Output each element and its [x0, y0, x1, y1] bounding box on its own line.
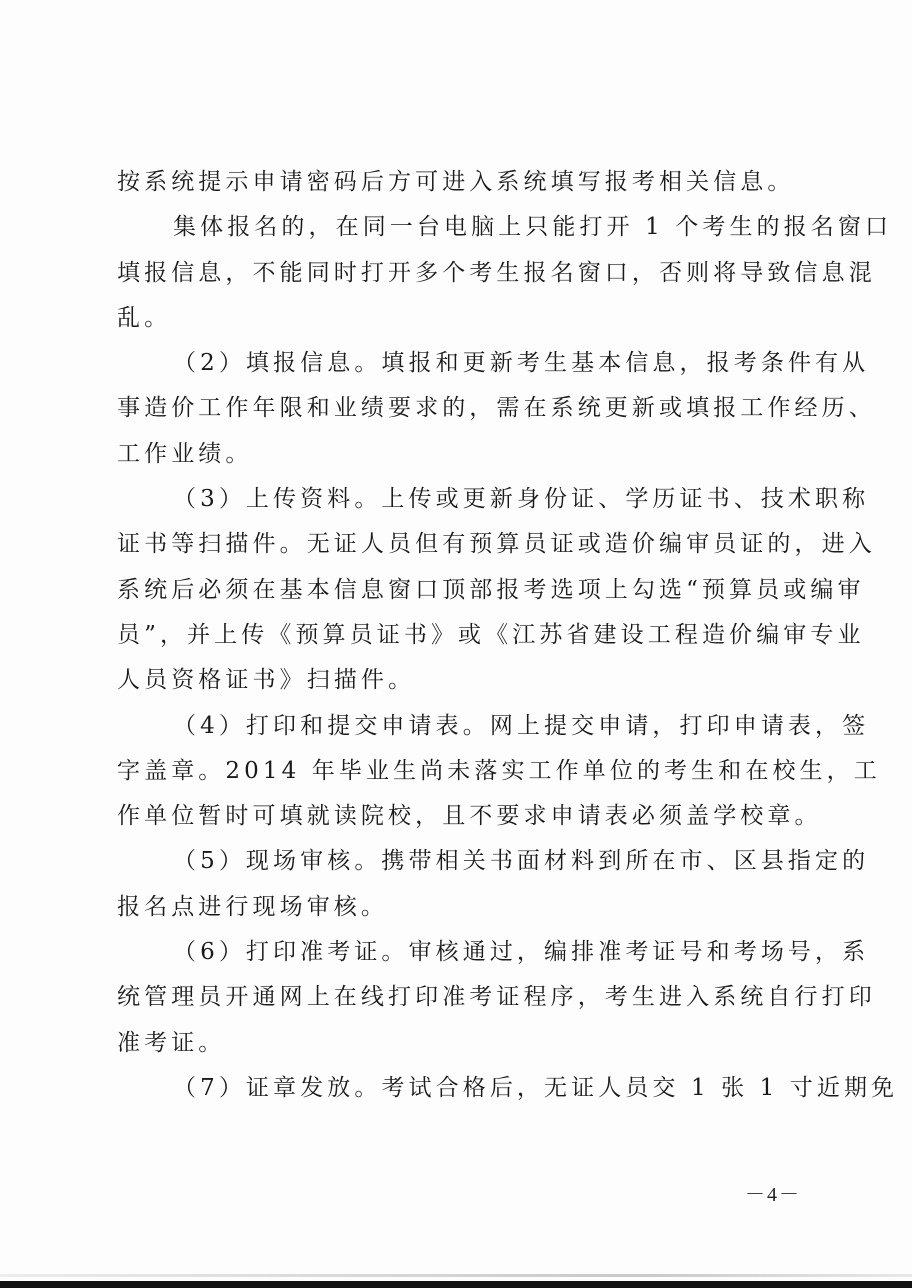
- text-line: 集体报名的，在同一台电脑上只能打开 1 个考生的报名窗口: [117, 205, 793, 250]
- text-line: 作单位暂时可填就读院校，且不要求申请表必须盖学校章。: [117, 794, 793, 839]
- text-line: 准考证。: [117, 1021, 793, 1066]
- text-line-step-5-heading: （5）现场审核。携带相关书面材料到所在市、区县指定的: [117, 839, 793, 884]
- text-line: 工作业绩。: [117, 432, 793, 477]
- text-line: 乱。: [117, 296, 793, 341]
- document-body: 按系统提示申请密码后方可进入系统填写报考相关信息。 集体报名的，在同一台电脑上只…: [117, 160, 793, 1111]
- scan-edge-shadow: [0, 1274, 912, 1277]
- text-line: 证书等扫描件。无证人员但有预算员证或造价编审员证的，进入: [117, 522, 793, 567]
- text-line-step-7-heading: （7）证章发放。考试合格后，无证人员交 1 张 1 寸近期免: [117, 1066, 793, 1111]
- text-line: 员”，并上传《预算员证书》或《江苏省建设工程造价编审专业: [117, 613, 793, 658]
- text-line: 统管理员开通网上在线打印准考证程序，考生进入系统自行打印: [117, 975, 793, 1020]
- document-page: 按系统提示申请密码后方可进入系统填写报考相关信息。 集体报名的，在同一台电脑上只…: [0, 0, 912, 1288]
- text-line: 字盖章。2014 年毕业生尚未落实工作单位的考生和在校生，工: [117, 749, 793, 794]
- text-line-step-4-heading: （4）打印和提交申请表。网上提交申请，打印申请表，签: [117, 704, 793, 749]
- page-number: －4－: [745, 1178, 801, 1207]
- text-line: 事造价工作年限和业绩要求的，需在系统更新或填报工作经历、: [117, 386, 793, 431]
- text-line-step-3-heading: （3）上传资料。上传或更新身份证、学历证书、技术职称: [117, 477, 793, 522]
- text-line: 填报信息，不能同时打开多个考生报名窗口，否则将导致信息混: [117, 251, 793, 296]
- scan-bottom-border: [0, 1281, 912, 1288]
- text-line-step-2-heading: （2）填报信息。填报和更新考生基本信息，报考条件有从: [117, 341, 793, 386]
- text-line: 系统后必须在基本信息窗口顶部报考选项上勾选“预算员或编审: [117, 568, 793, 613]
- text-line-step-6-heading: （6）打印准考证。审核通过，编排准考证号和考场号，系: [117, 930, 793, 975]
- text-line: 按系统提示申请密码后方可进入系统填写报考相关信息。: [117, 160, 793, 205]
- text-line: 报名点进行现场审核。: [117, 885, 793, 930]
- text-line: 人员资格证书》扫描件。: [117, 658, 793, 703]
